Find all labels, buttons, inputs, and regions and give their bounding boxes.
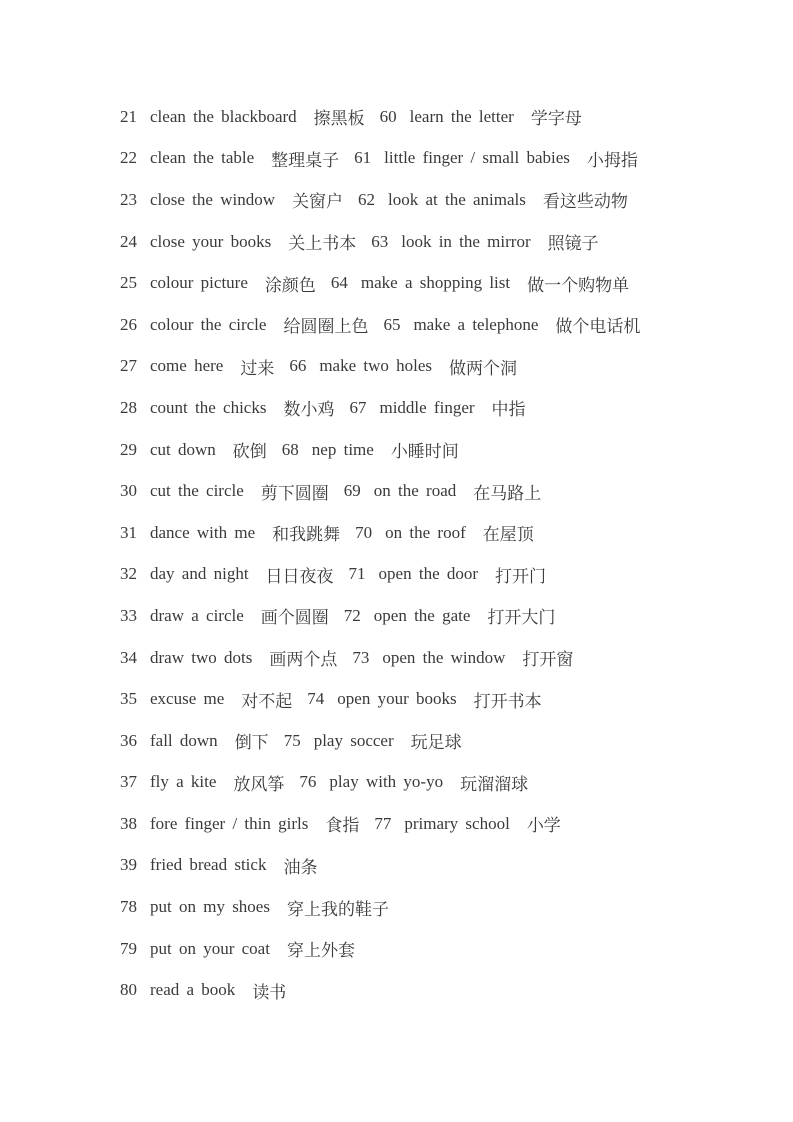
entry-english: count the chicks: [150, 398, 266, 418]
entry-chinese: 放风筝: [233, 770, 284, 795]
entry-english: colour the circle: [150, 315, 266, 335]
entry-english: on the roof: [385, 523, 466, 543]
entry-english: open the window: [382, 648, 505, 668]
vocab-row-39: 39 fried bread stick 油条: [120, 845, 753, 887]
entry-number: 61: [354, 148, 371, 168]
vocab-row-30: 30 cut the circle 剪下圆圈 69 on the road 在马…: [120, 470, 753, 512]
entry-english: come here: [150, 356, 223, 376]
entry-number: 66: [289, 356, 306, 376]
entry-number: 35: [120, 689, 137, 709]
entry-number: 77: [374, 814, 391, 834]
entry-english: make a telephone: [413, 315, 538, 335]
vocab-row-35: 35 excuse me 对不起 74 open your books 打开书本: [120, 678, 753, 720]
entry-chinese: 打开书本: [474, 687, 542, 712]
entry-number: 69: [344, 481, 361, 501]
vocab-row-37: 37 fly a kite 放风筝 76 play with yo-yo 玩溜溜…: [120, 762, 753, 804]
entry-english: primary school: [404, 814, 509, 834]
entry-number: 76: [299, 772, 316, 792]
entry-english: clean the blackboard: [150, 107, 297, 127]
vocab-row-78: 78 put on my shoes 穿上我的鞋子: [120, 886, 753, 928]
vocab-list-page: 21 clean the blackboard 擦黑板 60 learn the…: [0, 0, 793, 1011]
entry-chinese: 玩足球: [411, 728, 462, 753]
vocab-row-21: 21 clean the blackboard 擦黑板 60 learn the…: [120, 96, 753, 138]
entry-english: on the road: [374, 481, 456, 501]
entry-english: nep time: [312, 440, 374, 460]
entry-chinese: 整理桌子: [271, 146, 339, 171]
entry-english: open your books: [337, 689, 456, 709]
entry-number: 62: [358, 190, 375, 210]
entry-english: make two holes: [319, 356, 432, 376]
entry-chinese: 小睡时间: [391, 437, 459, 462]
entry-english: day and night: [150, 564, 249, 584]
entry-english: cut down: [150, 440, 216, 460]
entry-english: look at the animals: [388, 190, 526, 210]
entry-english: look in the mirror: [401, 232, 530, 252]
entry-english: learn the letter: [410, 107, 514, 127]
entry-number: 21: [120, 107, 137, 127]
entry-chinese: 打开大门: [487, 603, 555, 628]
entry-chinese: 关窗户: [292, 187, 343, 212]
vocab-row-22: 22 clean the table 整理桌子 61 little finger…: [120, 138, 753, 180]
entry-chinese: 小学: [527, 811, 561, 836]
vocab-row-33: 33 draw a circle 画个圆圈 72 open the gate 打…: [120, 595, 753, 637]
entry-english: make a shopping list: [361, 273, 510, 293]
entry-chinese: 做个电话机: [555, 312, 640, 337]
entry-english: close the window: [150, 190, 275, 210]
entry-number: 31: [120, 523, 137, 543]
entry-number: 24: [120, 232, 137, 252]
vocab-row-34: 34 draw two dots 画两个点 73 open the window…: [120, 637, 753, 679]
entry-number: 68: [282, 440, 299, 460]
entry-english: fall down: [150, 731, 218, 751]
entry-english: fried bread stick: [150, 855, 266, 875]
entry-chinese: 食指: [325, 811, 359, 836]
entry-chinese: 打开窗: [522, 645, 573, 670]
vocab-row-36: 36 fall down 倒下 75 play soccer 玩足球: [120, 720, 753, 762]
entry-chinese: 穿上我的鞋子: [287, 895, 389, 920]
entry-english: put on your coat: [150, 939, 270, 959]
entry-english: fore finger / thin girls: [150, 814, 308, 834]
entry-chinese: 中指: [492, 395, 526, 420]
entry-number: 38: [120, 814, 137, 834]
entry-chinese: 玩溜溜球: [460, 770, 528, 795]
entry-number: 36: [120, 731, 137, 751]
entry-number: 65: [383, 315, 400, 335]
entry-number: 28: [120, 398, 137, 418]
entry-english: little finger / small babies: [384, 148, 570, 168]
entry-chinese: 数小鸡: [283, 395, 334, 420]
vocab-row-29: 29 cut down 砍倒 68 nep time 小睡时间: [120, 429, 753, 471]
entry-number: 33: [120, 606, 137, 626]
vocab-row-28: 28 count the chicks 数小鸡 67 middle finger…: [120, 387, 753, 429]
entry-chinese: 画个圆圈: [261, 603, 329, 628]
entry-chinese: 倒下: [235, 728, 269, 753]
entry-english: put on my shoes: [150, 897, 270, 917]
entry-english: cut the circle: [150, 481, 244, 501]
vocab-row-38: 38 fore finger / thin girls 食指 77 primar…: [120, 803, 753, 845]
entry-english: open the gate: [374, 606, 471, 626]
entry-number: 22: [120, 148, 137, 168]
entry-chinese: 剪下圆圈: [261, 479, 329, 504]
entry-chinese: 穿上外套: [287, 936, 355, 961]
vocab-row-27: 27 come here 过来 66 make two holes 做两个洞: [120, 346, 753, 388]
entry-number: 23: [120, 190, 137, 210]
entry-chinese: 对不起: [241, 687, 292, 712]
vocab-row-26: 26 colour the circle 给圆圈上色 65 make a tel…: [120, 304, 753, 346]
vocab-row-23: 23 close the window 关窗户 62 look at the a…: [120, 179, 753, 221]
entry-number: 79: [120, 939, 137, 959]
entry-number: 74: [307, 689, 324, 709]
entry-chinese: 做两个洞: [449, 354, 517, 379]
entry-english: fly a kite: [150, 772, 216, 792]
entry-number: 71: [349, 564, 366, 584]
entry-english: clean the table: [150, 148, 254, 168]
entry-english: open the door: [379, 564, 478, 584]
entry-number: 72: [344, 606, 361, 626]
entry-english: colour picture: [150, 273, 248, 293]
entry-number: 37: [120, 772, 137, 792]
entry-number: 63: [371, 232, 388, 252]
entry-chinese: 在马路上: [473, 479, 541, 504]
entry-chinese: 看这些动物: [543, 187, 628, 212]
entry-english: draw a circle: [150, 606, 244, 626]
entry-number: 60: [380, 107, 397, 127]
entry-english: play soccer: [314, 731, 394, 751]
entry-number: 67: [349, 398, 366, 418]
entry-chinese: 涂颜色: [265, 271, 316, 296]
entry-number: 27: [120, 356, 137, 376]
entry-chinese: 给圆圈上色: [283, 312, 368, 337]
entry-english: close your books: [150, 232, 271, 252]
vocab-row-31: 31 dance with me 和我跳舞 70 on the roof 在屋顶: [120, 512, 753, 554]
entry-chinese: 画两个点: [269, 645, 337, 670]
entry-english: excuse me: [150, 689, 224, 709]
vocab-row-80: 80 read a book 读书: [120, 969, 753, 1011]
vocab-row-25: 25 colour picture 涂颜色 64 make a shopping…: [120, 262, 753, 304]
entry-chinese: 油条: [283, 853, 317, 878]
entry-number: 32: [120, 564, 137, 584]
entry-english: read a book: [150, 980, 235, 1000]
entry-chinese: 砍倒: [233, 437, 267, 462]
entry-chinese: 和我跳舞: [272, 520, 340, 545]
entry-number: 75: [284, 731, 301, 751]
entry-number: 80: [120, 980, 137, 1000]
entry-chinese: 做一个购物单: [527, 271, 629, 296]
entry-number: 73: [352, 648, 369, 668]
entry-chinese: 擦黑板: [314, 104, 365, 129]
entry-number: 34: [120, 648, 137, 668]
entry-chinese: 过来: [240, 354, 274, 379]
entry-chinese: 照镜子: [548, 229, 599, 254]
entry-english: draw two dots: [150, 648, 252, 668]
vocab-row-79: 79 put on your coat 穿上外套: [120, 928, 753, 970]
entry-number: 39: [120, 855, 137, 875]
entry-number: 30: [120, 481, 137, 501]
entry-chinese: 日日夜夜: [266, 562, 334, 587]
entry-number: 25: [120, 273, 137, 293]
entry-number: 78: [120, 897, 137, 917]
entry-chinese: 在屋顶: [483, 520, 534, 545]
entry-chinese: 打开门: [495, 562, 546, 587]
entry-chinese: 学字母: [531, 104, 582, 129]
entry-number: 29: [120, 440, 137, 460]
entry-english: dance with me: [150, 523, 255, 543]
entry-number: 70: [355, 523, 372, 543]
vocab-row-32: 32 day and night 日日夜夜 71 open the door 打…: [120, 554, 753, 596]
entry-number: 26: [120, 315, 137, 335]
entry-number: 64: [331, 273, 348, 293]
entry-chinese: 关上书本: [288, 229, 356, 254]
entry-chinese: 读书: [252, 978, 286, 1003]
entry-english: middle finger: [379, 398, 474, 418]
entry-chinese: 小拇指: [587, 146, 638, 171]
entry-english: play with yo-yo: [329, 772, 443, 792]
vocab-row-24: 24 close your books 关上书本 63 look in the …: [120, 221, 753, 263]
